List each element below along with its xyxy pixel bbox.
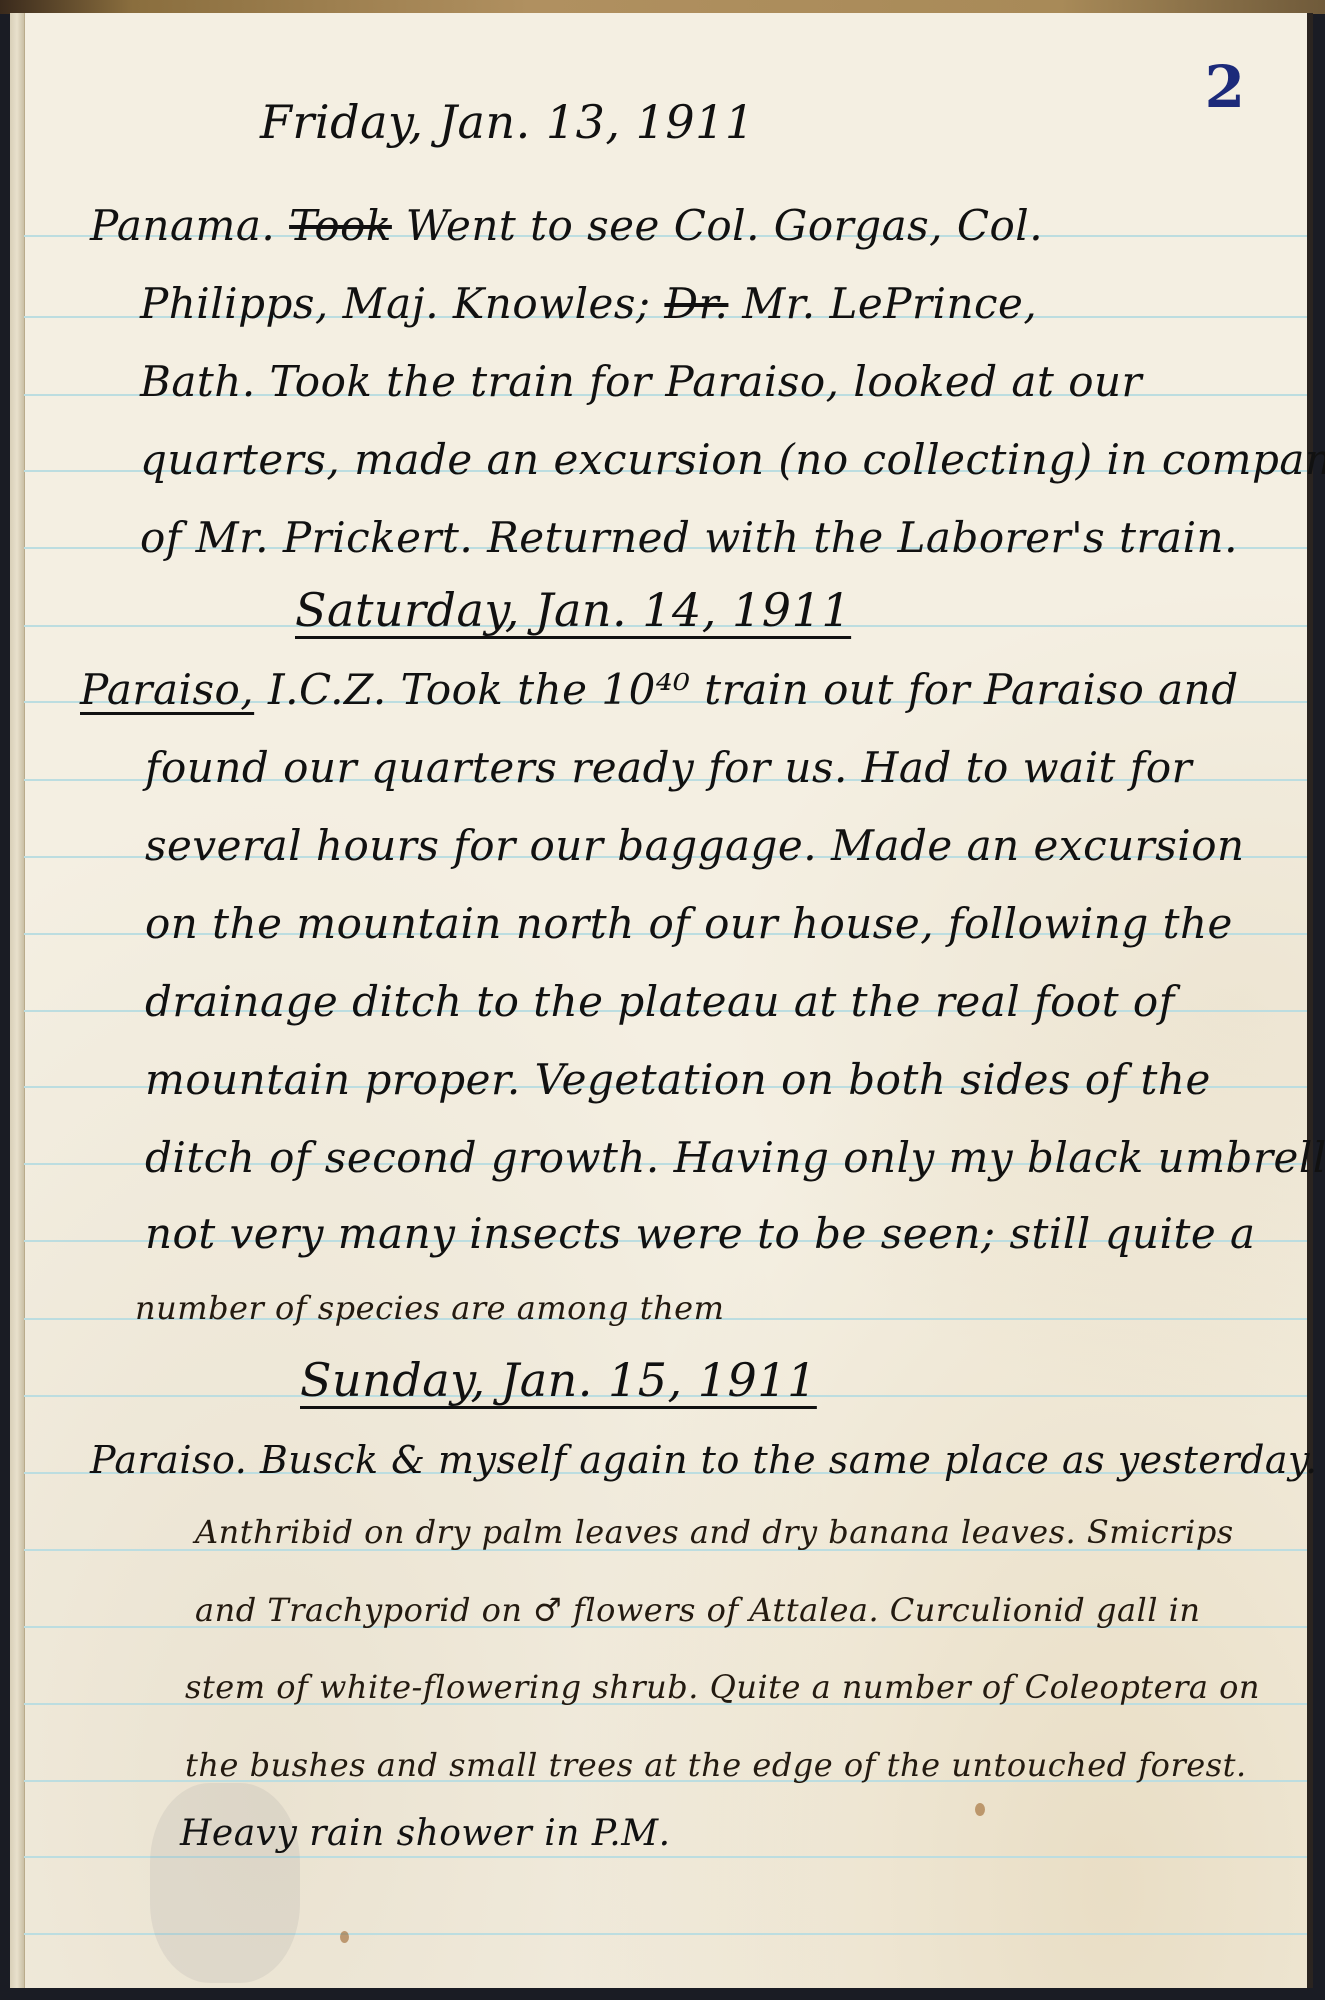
entry-line: stem of white-flowering shrub. Quite a n… xyxy=(185,1668,1260,1706)
line-text: I.C.Z. Took the 10⁴⁰ train out for Parai… xyxy=(254,665,1238,714)
line-text: Mr. LePrince, xyxy=(728,279,1037,328)
entry-line: Paraiso, I.C.Z. Took the 10⁴⁰ train out … xyxy=(80,665,1239,714)
entry-line: of Mr. Prickert. Returned with the Labor… xyxy=(140,513,1238,562)
place-name: Paraiso, xyxy=(80,665,254,714)
book-edge-top xyxy=(0,0,1325,14)
entry-date: Saturday, Jan. 14, 1911 xyxy=(295,583,851,637)
entry-line: and Trachyporid on ♂ flowers of Attalea.… xyxy=(195,1591,1201,1629)
entry-line: the bushes and small trees at the edge o… xyxy=(185,1746,1247,1784)
entry-date: Friday, Jan. 13, 1911 xyxy=(260,95,755,149)
page-binding xyxy=(10,13,25,1988)
entry-line: Panama. Took Went to see Col. Gorgas, Co… xyxy=(90,201,1043,250)
entry-line: not very many insects were to be seen; s… xyxy=(145,1209,1256,1258)
line-text: Busck & myself again to the same place a… xyxy=(247,1438,1317,1482)
entry-line: Heavy rain shower in P.M. xyxy=(180,1813,671,1854)
entry-line: drainage ditch to the plateau at the rea… xyxy=(145,977,1175,1026)
ink-stain xyxy=(975,1803,985,1816)
entry-line: Bath. Took the train for Paraiso, looked… xyxy=(140,357,1142,406)
line-text: Went to see Col. Gorgas, Col. xyxy=(392,201,1043,250)
entry-line: Philipps, Maj. Knowles; Dr. Mr. LePrince… xyxy=(140,279,1037,328)
entry-line: quarters, made an excursion (no collecti… xyxy=(140,435,1325,484)
entry-line: ditch of second growth. Having only my b… xyxy=(145,1133,1325,1182)
page-number: 2 xyxy=(1205,53,1245,121)
entry-line: several hours for our baggage. Made an e… xyxy=(145,821,1245,870)
struck-word: Dr. xyxy=(664,279,728,328)
entry-line: found our quarters ready for us. Had to … xyxy=(145,743,1192,792)
entry-line: Anthribid on dry palm leaves and dry ban… xyxy=(195,1513,1234,1551)
notebook-page: 2 Friday, Jan. 13, 1911 Panama. Took Wen… xyxy=(10,13,1313,1988)
ink-stain xyxy=(340,1931,349,1943)
entry-line: number of species are among them xyxy=(135,1289,724,1327)
entry-line: on the mountain north of our house, foll… xyxy=(145,899,1233,948)
place-name: Panama. xyxy=(90,201,275,250)
entry-date: Sunday, Jan. 15, 1911 xyxy=(300,1353,817,1407)
place-name: Paraiso. xyxy=(90,1438,247,1482)
entry-line: mountain proper. Vegetation on both side… xyxy=(145,1055,1211,1104)
struck-word: Took xyxy=(289,201,392,250)
entry-line: Paraiso. Busck & myself again to the sam… xyxy=(90,1438,1318,1482)
line-text: Philipps, Maj. Knowles; xyxy=(140,279,651,328)
